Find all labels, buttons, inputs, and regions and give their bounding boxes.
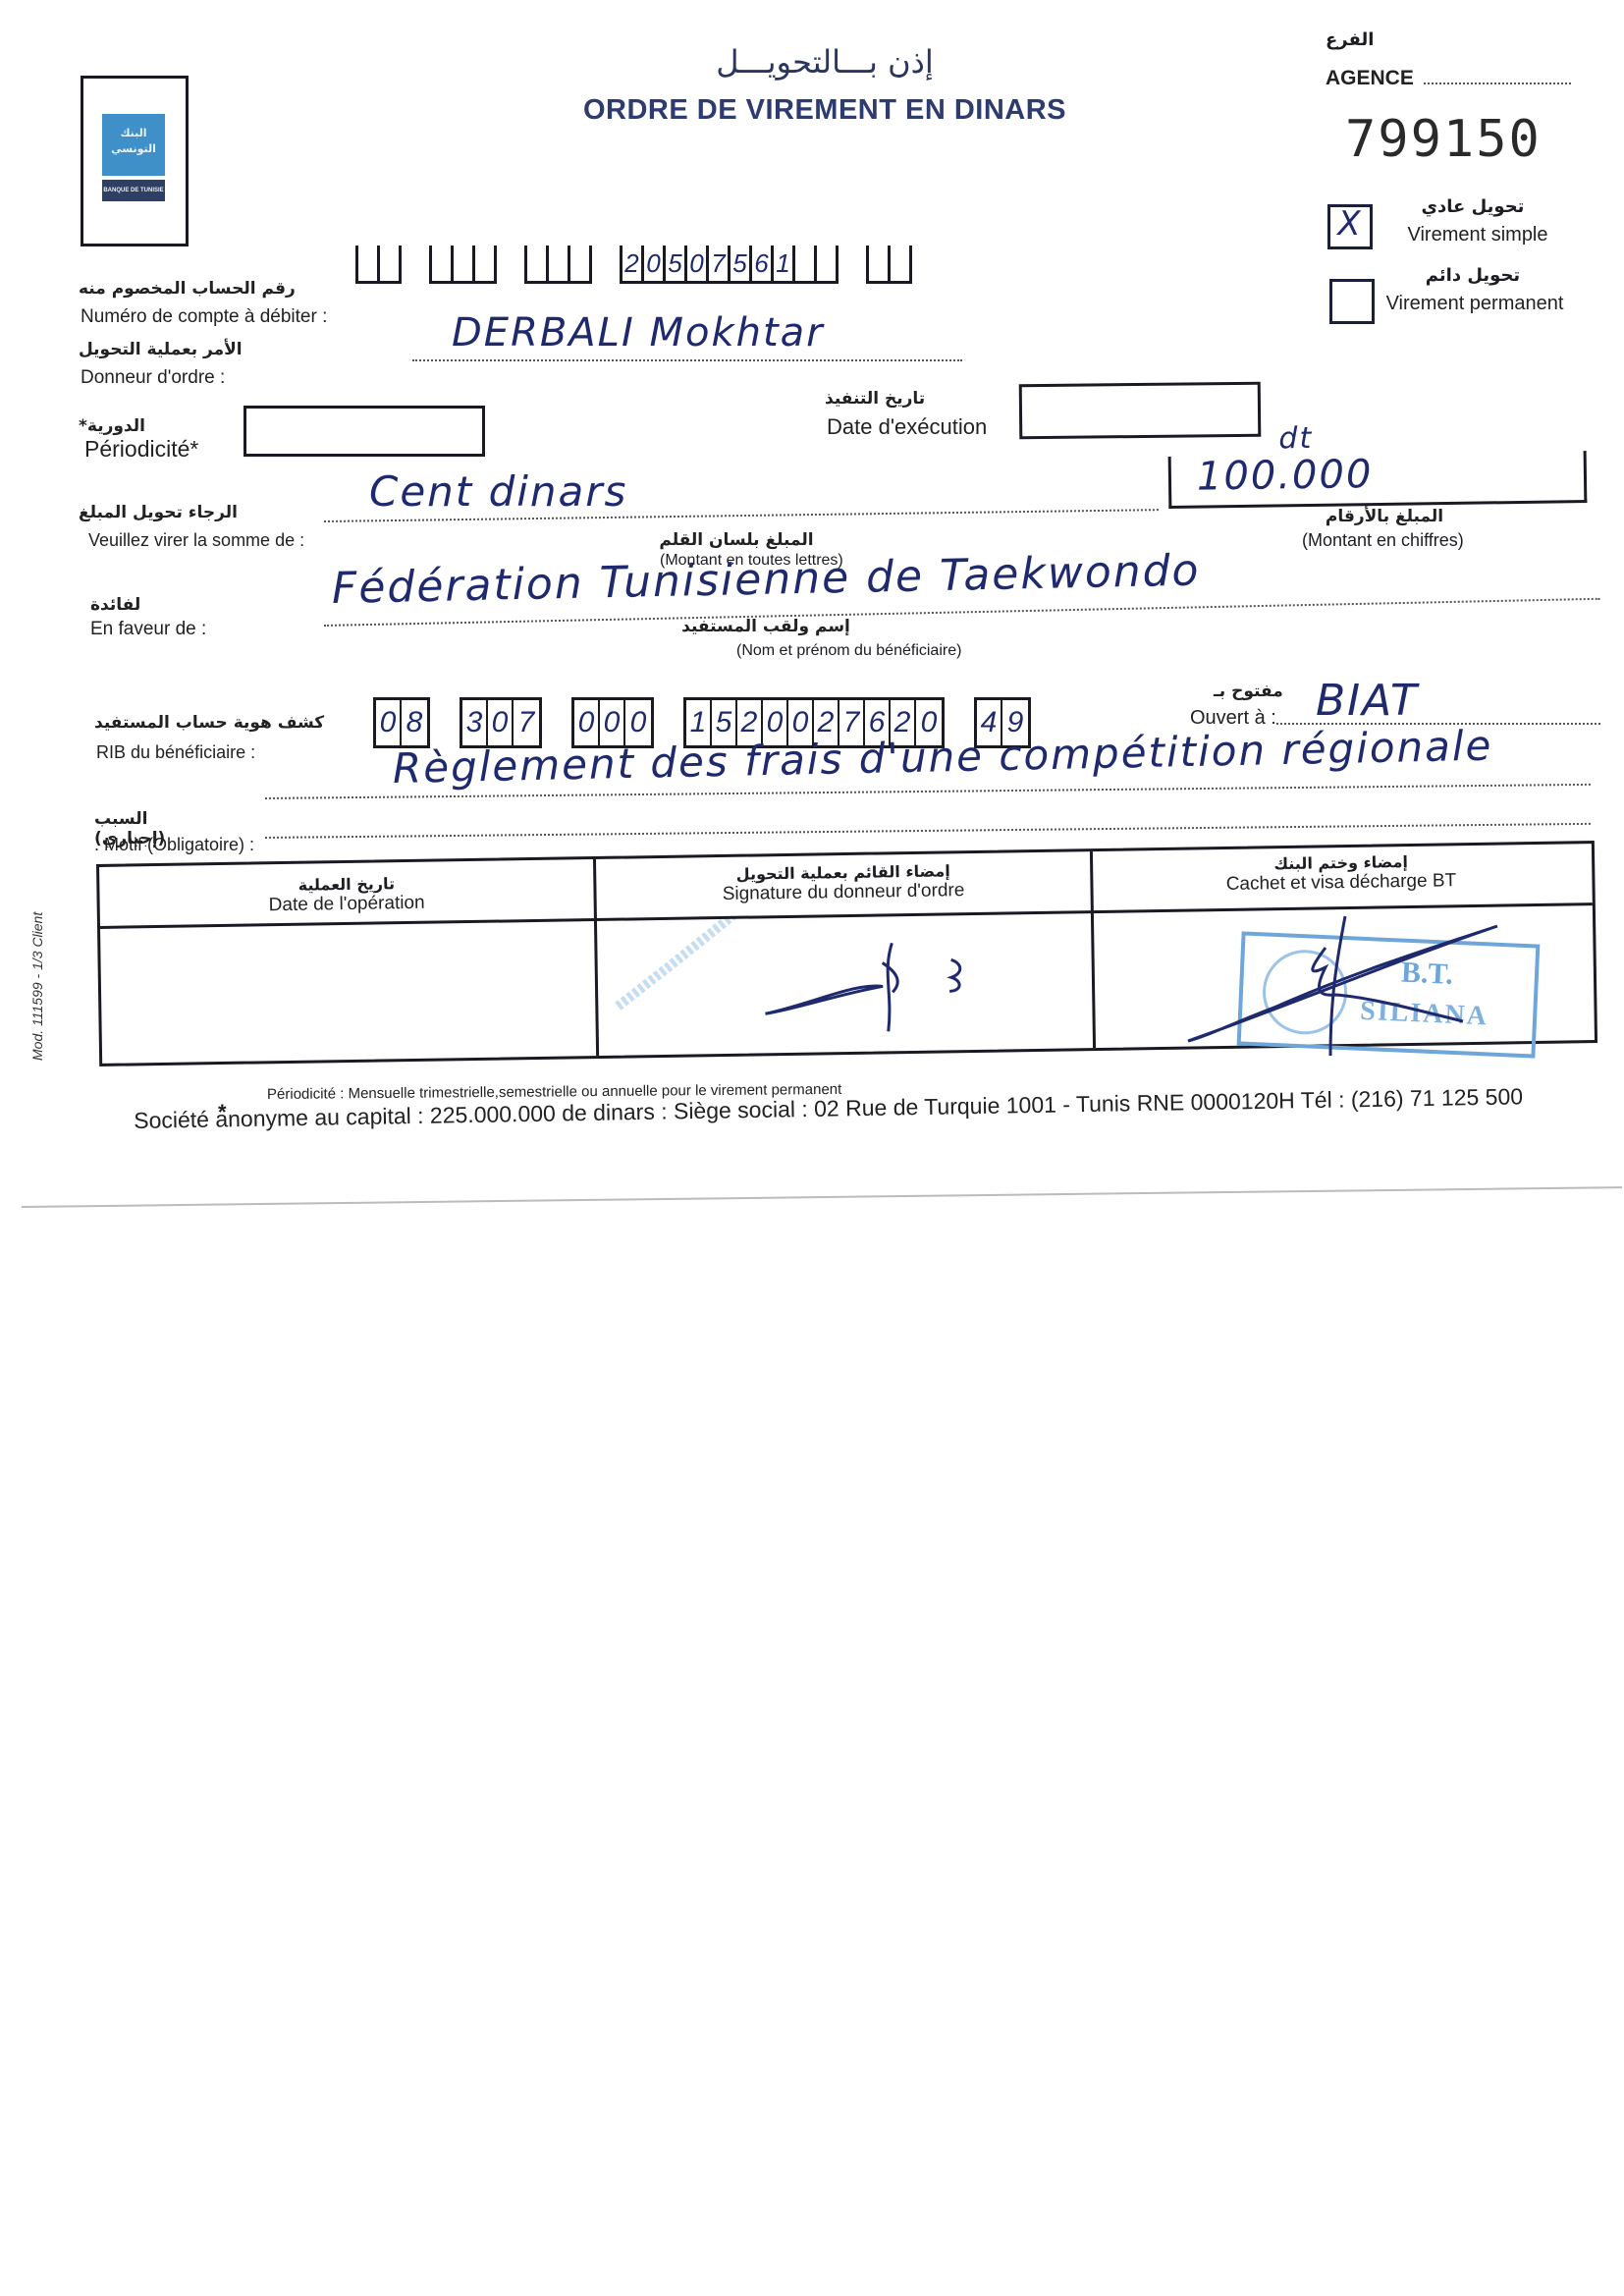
ouvert-a-value[interactable]: BIAT: [1316, 676, 1419, 726]
motif-line-2: [265, 823, 1591, 839]
date-execution-label: Date d'exécution: [827, 414, 987, 440]
account-group: [355, 246, 402, 284]
account-digit[interactable]: [549, 246, 570, 281]
rib-digit[interactable]: 0: [574, 700, 600, 745]
account-digit[interactable]: [817, 246, 839, 281]
page-title: ORDRE DE VIREMENT EN DINARS: [530, 94, 1119, 127]
periodicite-label: Périodicité*: [84, 436, 198, 463]
account-digit[interactable]: [891, 246, 912, 281]
column-signature-donneur: إمضاء القائم بعملية التحويل Signature du…: [596, 851, 1096, 1056]
donneur-label: Donneur d'ordre :: [81, 367, 225, 389]
amount-unit: dt: [1278, 421, 1313, 456]
ouvert-a-label-arabic: مفتوح بـ: [1214, 682, 1292, 701]
rib-digit[interactable]: 0: [376, 700, 402, 745]
amount-words-caption-arabic: المبلغ بلسان القلم: [648, 530, 825, 550]
title-arabic: إذن بـــالتحويـــل: [550, 43, 1100, 81]
rib-digit[interactable]: 3: [462, 700, 488, 745]
account-digit[interactable]: [475, 246, 497, 281]
account-digit[interactable]: [432, 246, 454, 281]
date-execution-label-arabic: تاريخ التنفيذ: [825, 389, 943, 409]
amount-figures-caption-arabic: المبلغ بالأرقام: [1306, 507, 1463, 526]
periodicite-input[interactable]: [244, 406, 485, 457]
column-date-operation: تاريخ العملية Date de l'opération: [99, 859, 599, 1064]
amount-label-arabic: الرجاء تحويل المبلغ: [79, 503, 255, 522]
bank-logo-arabic: البنك التونسي: [111, 127, 156, 155]
agence-label: AGENCE: [1326, 67, 1414, 90]
bank-visa-signature-icon: [1168, 899, 1561, 1066]
rib-label-arabic: كشف هوية حساب المستفيد: [94, 713, 330, 733]
account-digit[interactable]: 7: [709, 246, 731, 281]
amount-label: Veuillez virer la somme de :: [88, 530, 304, 551]
account-digit[interactable]: [570, 246, 592, 281]
date-execution-input[interactable]: [1019, 382, 1262, 440]
donneur-signature-icon: [597, 910, 1090, 1056]
beneficiary-caption: (Nom et prénom du bénéficiaire): [736, 642, 961, 660]
motif-label: . Motif (Obligatoire) :: [94, 835, 254, 855]
beneficiary-caption-arabic: إسم ولقب المستفيد: [677, 617, 854, 636]
rib-digit[interactable]: 7: [514, 700, 539, 745]
virement-simple-checkbox[interactable]: X: [1327, 204, 1373, 249]
amount-words-value[interactable]: Cent dinars: [369, 467, 627, 516]
rib-digit[interactable]: 8: [402, 700, 427, 745]
beneficiary-label: En faveur de :: [90, 619, 206, 640]
beneficiary-value[interactable]: Fédération Tunisienne de Taekwondo: [331, 545, 1200, 614]
account-group: [429, 246, 497, 284]
agence-dotted-line: [1424, 82, 1571, 84]
amount-figures-value: 100.000: [1197, 452, 1374, 500]
account-digit[interactable]: 1: [774, 246, 795, 281]
virement-simple-label-arabic: تحويل عادي: [1375, 196, 1571, 217]
donneur-line: [412, 359, 962, 361]
account-digit[interactable]: 6: [752, 246, 774, 281]
account-digit[interactable]: 2: [623, 246, 644, 281]
virement-permanent-label-arabic: تحويل دائم: [1375, 265, 1571, 286]
account-group: [524, 246, 592, 284]
beneficiary-label-arabic: لفائدة: [90, 595, 169, 615]
page-edge-line: [22, 1186, 1622, 1208]
check-x-icon: X: [1330, 207, 1370, 241]
account-digit[interactable]: 5: [666, 246, 687, 281]
rib-digit[interactable]: 0: [488, 700, 514, 745]
form-reference: Mod. 111599 - 1/3 Client: [29, 912, 45, 1061]
account-digit[interactable]: [869, 246, 891, 281]
account-digit[interactable]: [454, 246, 475, 281]
account-digit[interactable]: [380, 246, 402, 281]
agence-label-arabic: الفرع: [1326, 29, 1374, 50]
account-digit[interactable]: [795, 246, 817, 281]
account-digit[interactable]: 0: [687, 246, 709, 281]
virement-permanent-label: Virement permanent: [1367, 293, 1583, 315]
rib-label: RIB du bénéficiaire :: [96, 742, 255, 763]
account-digit[interactable]: [358, 246, 380, 281]
donneur-label-arabic: الأمر بعملية التحويل: [79, 340, 314, 359]
amount-figures-caption: (Montant en chiffres): [1302, 530, 1464, 551]
account-label: Numéro de compte à débiter :: [81, 306, 327, 328]
account-digit[interactable]: 0: [644, 246, 666, 281]
amount-figures-box[interactable]: 100.000 dt: [1168, 451, 1588, 509]
periodicite-label-arabic: الدورية*: [79, 416, 177, 436]
rib-group: 08: [373, 697, 430, 748]
agence-number[interactable]: 799150: [1345, 110, 1542, 169]
donneur-value[interactable]: DERBALI Mokhtar: [452, 310, 825, 355]
account-label-arabic: رقم الحساب المخصوم منه: [79, 279, 314, 299]
virement-simple-label: Virement simple: [1370, 224, 1586, 246]
account-digit[interactable]: 5: [731, 246, 752, 281]
bank-logo-name: BANQUE DE TUNISIE: [102, 180, 165, 201]
bank-logo: البنك التونسي: [102, 114, 165, 176]
bank-logo-frame: البنك التونسي BANQUE DE TUNISIE: [81, 76, 189, 246]
account-group: [866, 246, 912, 284]
account-digit[interactable]: [527, 246, 549, 281]
account-number-boxes[interactable]: 20507561: [355, 246, 940, 281]
account-group: 20507561: [620, 246, 839, 284]
